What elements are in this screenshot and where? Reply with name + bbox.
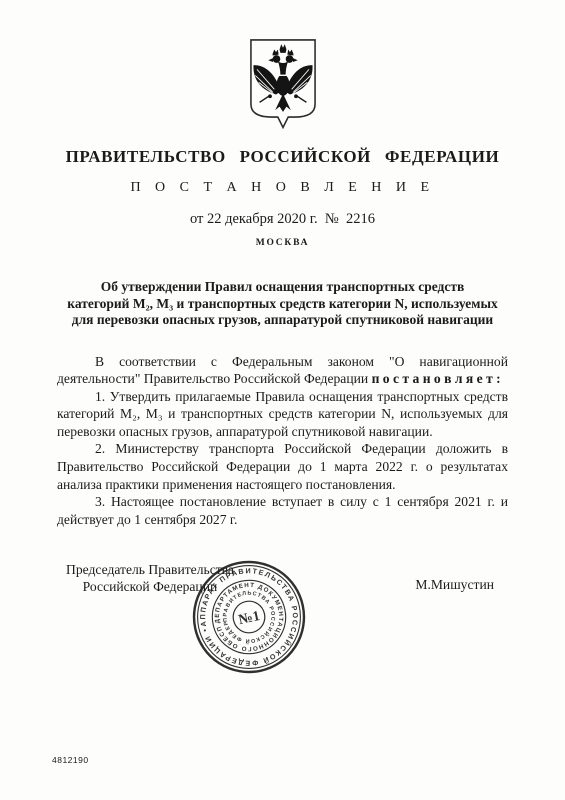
signatory-name: М.Мишустин [415,576,494,595]
document-type-label: П О С Т А Н О В Л Е Н И Е [0,180,565,196]
paragraph-item-1: 1. Утвердить прилагаемые Правила оснащен… [57,388,508,441]
document-body: В соответствии с Федеральным законом "О … [57,353,508,529]
paragraph-item-3: 3. Настоящее постановление вступает в си… [57,493,508,528]
double-headed-eagle [253,44,312,112]
issuing-authority-title: ПРАВИТЕЛЬСТВО РОССИЙСКОЙ ФЕДЕРАЦИИ [0,147,565,167]
document-title: Об утверждении Правил оснащения транспор… [56,279,509,329]
paragraph-item-2: 2. Министерству транспорта Российской Фе… [57,440,508,493]
date-and-number-line: от 22 декабря 2020 г. № 2216 [0,211,565,228]
official-round-stamp-icon: АППАРАТ ПРАВИТЕЛЬСТВА РОССИЙСКОЙ ФЕДЕРАЦ… [181,549,316,684]
decree-document-page: ПРАВИТЕЛЬСТВО РОССИЙСКОЙ ФЕДЕРАЦИИ П О С… [0,0,565,800]
russian-coat-of-arms-icon [244,34,322,136]
registration-code: 4812190 [52,755,89,765]
title-line-2: категорий М₂, М₃ и транспортных средств … [56,296,509,313]
title-line-1: Об утверждении Правил оснащения транспор… [56,279,509,296]
title-line-3: для перевозки опасных грузов, аппаратуро… [56,312,509,329]
decree-word-emphasis: п о с т а н о в л я е т : [372,371,501,386]
stamp-center-number: №1 [237,608,261,628]
city-label: МОСКВА [0,238,565,248]
paragraph-preamble: В соответствии с Федеральным законом "О … [57,353,508,388]
